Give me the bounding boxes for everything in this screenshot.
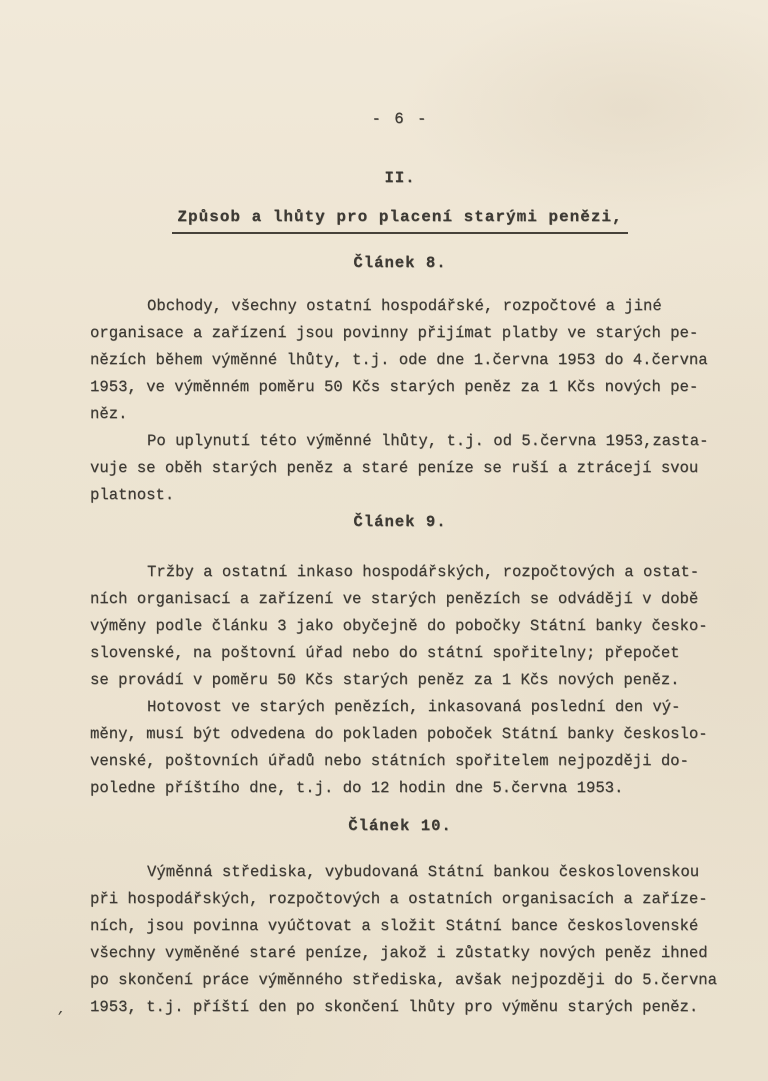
article-9-paragraph-2: Hotovost ve starých penězích, inkasovaná… (90, 694, 710, 802)
typed-line: všechny vyměněné staré peníze, jakož i z… (90, 940, 710, 967)
typed-line: organisace a zařízení jsou povinny přijí… (90, 320, 710, 347)
typed-line: ních, jsou povinna vyúčtovat a složit St… (90, 913, 710, 940)
section-heading: II. (90, 165, 710, 192)
article-9-heading: Článek 9. (90, 509, 710, 536)
document-title: Způsob a lhůty pro placení starými peněz… (172, 204, 627, 234)
article-10-heading: Článek 10. (90, 813, 710, 840)
stray-ink-mark: ’ (53, 1009, 65, 1026)
article-8-heading: Článek 8. (90, 250, 710, 277)
typed-line: poledne příštího dne, t.j. do 12 hodin d… (90, 775, 710, 802)
typed-line: 1953, t.j. příští den po skončení lhůty … (90, 994, 710, 1021)
typed-line: slovenské, na poštovní úřad nebo do stát… (90, 640, 710, 667)
typed-line: Hotovost ve starých penězích, inkasovaná… (90, 694, 710, 721)
typed-line: výměny podle článku 3 jako obyčejně do p… (90, 613, 710, 640)
article-9-paragraph-1: Tržby a ostatní inkaso hospodářských, ro… (90, 559, 710, 694)
typed-line: Výměnná střediska, vybudovaná Státní ban… (90, 859, 710, 886)
typed-line: po skončení práce výměnného střediska, a… (90, 967, 710, 994)
typed-line: něz. (90, 401, 710, 428)
typed-line: měny, musí být odvedena do pokladen pobo… (90, 721, 710, 748)
typed-line: při hospodářských, rozpočtových a ostatn… (90, 886, 710, 913)
page-number: - 6 - (90, 106, 710, 133)
typed-line: Tržby a ostatní inkaso hospodářských, ro… (90, 559, 710, 586)
typed-line: 1953, ve výměnném poměru 50 Kčs starých … (90, 374, 710, 401)
typed-line: se provádí v poměru 50 Kčs starých peněz… (90, 667, 710, 694)
typed-line: Po uplynutí této výměnné lhůty, t.j. od … (90, 428, 710, 455)
document-title-wrap: Způsob a lhůty pro placení starými peněz… (90, 204, 710, 234)
article-8-paragraph-1: Obchody, všechny ostatní hospodářské, ro… (90, 293, 710, 428)
typed-line: Obchody, všechny ostatní hospodářské, ro… (90, 293, 710, 320)
article-8-paragraph-2: Po uplynutí této výměnné lhůty, t.j. od … (90, 428, 710, 509)
typed-line: platnost. (90, 482, 710, 509)
typed-line: nězích během výměnné lhůty, t.j. ode dne… (90, 347, 710, 374)
typed-line: ních organisací a zařízení ve starých pe… (90, 586, 710, 613)
typed-line: vuje se oběh starých peněz a staré peníz… (90, 455, 710, 482)
scanned-document-page: - 6 - II. Způsob a lhůty pro placení sta… (0, 0, 768, 1081)
typed-line: venské, poštovních úřadů nebo státních s… (90, 748, 710, 775)
typed-content: - 6 - II. Způsob a lhůty pro placení sta… (0, 0, 768, 1021)
article-10-paragraph-1: Výměnná střediska, vybudovaná Státní ban… (90, 859, 710, 1021)
